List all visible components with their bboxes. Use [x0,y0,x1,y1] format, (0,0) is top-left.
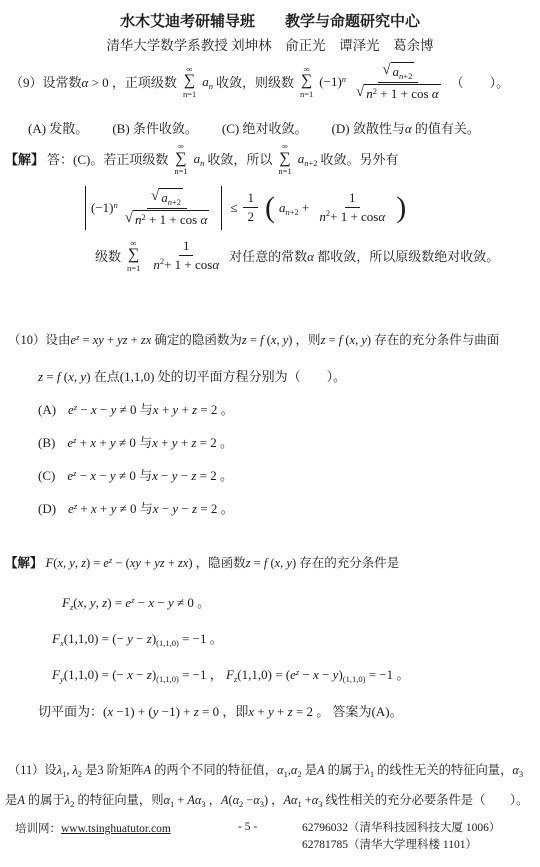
sigma-icon: ∑ [175,151,186,168]
q10-option-d: (D)ez + x + y ≠ 0 与x − y − z = 2 。 [38,498,234,517]
q9-sol-text-1: 答：(C)。若正项级数 [47,149,168,168]
sqrt-expression: √ an+2 [151,188,183,207]
option-label: (C) [38,468,55,483]
phone-line-2: 62781785（清华大学理科楼 1101） [302,839,477,851]
numerator: 1 [345,190,360,208]
question-11-stem-line-1: （11）设λ1, λ2 是3 阶矩阵A 的两个不同的特征值，α1,α2 是A 的… [8,760,523,779]
q9-sol-term-2: an+2 [298,151,318,168]
q9-stem-text-b: 收敛，则级数 [216,72,294,91]
option-text: 发散。 [49,121,88,136]
option-label: (D) [332,121,350,136]
question-9-options: (A) 发散。 (B) 条件收敛。 (C) 绝对收敛。 (D) 敛散性与α 的值… [28,118,480,137]
training-site-group: 培训网：www.tsinghuatutor.com [15,820,171,836]
option-label: (A) [38,402,56,417]
option-text: 条件收敛。 [133,121,198,136]
q10-option-c: (C)ez − x − y ≠ 0 与x − y − z = 2 。 [38,465,233,484]
question-11-stem-line-2: 是A 的属于λ2 的特征向量，则α1 + Aα3 ，A(α2 −α3) ，Aα1… [5,790,528,809]
fz-value: Fz(1,1,0) = (ez − x − y)(1,1,0) = −1 。 [226,667,409,682]
sigma-icon: ∑ [301,73,312,90]
q9-series-term: an [202,74,213,91]
summation-symbol: ∞ ∑ n=1 [278,142,291,176]
denominator: n2 + 1 + cos α [149,256,223,273]
denominator: 2 [243,208,258,225]
radicand: an+2 [391,62,415,81]
q9-sol-text-3: 收敛。另外有 [321,149,399,168]
q10-partial-fy-fz-values: Fy(1,1,0) = (− x − z)(1,1,0) = −1 ， Fz(1… [52,664,409,684]
sum-lower-limit: n=1 [278,167,291,176]
site-link[interactable]: www.tsinghuatutor.com [61,823,171,835]
phone-line-1: 62796032（清华科技园科技大厦 1006） [302,822,500,834]
q9-option-c: (C) 绝对收敛。 [222,118,308,137]
q9-option-d: (D) 敛散性与α 的值有关。 [332,118,480,137]
sqrt-expression: √ an+2 [382,62,414,81]
question-10-stem-line-1: （10）设由ez = xy + yz + zx 确定的隐函数为z = f (x,… [8,330,499,348]
site-label: 培训网： [15,823,61,835]
numerator: 1 [179,238,194,256]
page-number: - 5 - [238,821,257,833]
option-text: ez + x + y ≠ 0 与x + y + z = 2 。 [67,435,233,450]
sum-lower-limit: n=1 [183,90,196,99]
document-page: 水木艾迪考研辅导班 教学与命题研究中心 清华大学数学系教授 刘坤林 俞正光 谭泽… [0,0,540,867]
q10-tangent-plane-line: 切平面为：(x −1) + (y −1) + z = 0 ，即x + y + z… [38,701,403,720]
option-text: ez + x + y ≠ 0 与x − y − z = 2 。 [68,501,234,516]
sum-lower-limit: n=1 [127,264,140,273]
q9-option-b: (B) 条件收敛。 [112,118,198,137]
radicand: n2 + 1 + cos α [133,210,209,228]
q9-sol-term-1: an [194,151,205,168]
option-label: (B) [112,121,129,136]
inner-fraction: 1 n2 + 1 + cos α [315,190,389,225]
radicand: an+2 [159,188,183,207]
sqrt-expression: √ n2 + 1 + cos α [356,84,441,102]
denominator: n2 + 1 + cos α [315,208,389,225]
sqrt-expression: √ n2 + 1 + cos α [125,210,210,228]
inner-term: an+2 + [279,200,309,217]
doc-title: 水木艾迪考研辅导班 教学与命题研究中心 [0,10,540,31]
sum-lower-limit: n=1 [174,167,187,176]
q9-option-a: (A) 发散。 [28,118,88,137]
q9-fraction: √ an+2 √ n2 + 1 + cos α [352,62,445,102]
doc-authors: 清华大学数学系教授 刘坤林 俞正光 谭泽光 葛余博 [0,34,540,54]
summation-symbol: ∞ ∑ n=1 [174,142,187,176]
fy-value: Fy(1,1,0) = (− x − z)(1,1,0) = −1 ， [52,667,223,682]
one-half-fraction: 1 2 [243,190,258,225]
q9-answer-blank: （ ）。 [451,72,510,91]
conclusion-fraction: 1 n2 + 1 + cos α [149,238,223,273]
page-footer: 培训网：www.tsinghuatutor.com - 5 - 62796032… [0,819,540,859]
option-text: 敛散性与α 的值有关。 [353,121,480,136]
sigma-icon: ∑ [184,73,195,90]
solution-tag: 【解】 [5,556,43,570]
radical-icon: √ [382,62,390,79]
alternating-factor: (−1)n [91,200,118,216]
option-text: ez − x − y ≠ 0 与x − y − z = 2 。 [67,468,233,483]
q9-alternating-factor: (−1)n [319,74,346,90]
option-text: ez − x − y ≠ 0 与x + y + z = 2 。 [68,402,234,417]
question-9-solution-line: 【解】 答：(C)。若正项级数 ∞ ∑ n=1 an 收敛，所以 ∞ ∑ n=1… [5,142,399,176]
q10-option-b: (B)ez + x + y ≠ 0 与x + y + z = 2 。 [38,432,233,451]
less-equal-sign: ≤ [230,200,237,216]
q10-option-a: (A)ez − x − y ≠ 0 与x + y + z = 2 。 [38,399,234,418]
answer-text: 答案为(A)。 [333,704,403,719]
question-9-stem: （9）设常数α > 0 ，正项级数 ∞ ∑ n=1 an 收敛，则级数 ∞ ∑ … [10,62,509,102]
summation-symbol: ∞ ∑ n=1 [300,65,313,99]
question-10-solution-line-1: 【解】 F(x, y, z) = ez − (xy + yz + zx) ，隐函… [5,553,399,571]
solution-tag: 【解】 [5,149,44,168]
numerator: 1 [243,190,258,208]
option-label: (A) [28,121,46,136]
q10-partial-fx-value: Fx(1,1,0) = (− y − z)(1,1,0) = −1 。 [52,628,223,648]
question-9-inequality: (−1)n √ an+2 √ n2 + 1 + cos α ≤ 1 [85,186,407,230]
q10-partial-fz-condition: Fz(x, y, z) = ez − x − y ≠ 0 。 [62,592,210,612]
question-9-conclusion: 级数 ∞ ∑ n=1 1 n2 + 1 + cos α 对任意的常数α 都收敛，… [95,238,499,273]
concl-post-text: 对任意的常数α 都收敛，所以原级数绝对收敛。 [229,246,499,265]
radicand: n2 + 1 + cos α [364,84,440,102]
q10-sol-text: F(x, y, z) = ez − (xy + yz + zx) ，隐函数z =… [46,556,400,570]
radical-icon: √ [151,188,159,205]
absolute-value-expression: (−1)n √ an+2 √ n2 + 1 + cos α [85,186,222,230]
sum-lower-limit: n=1 [300,90,313,99]
summation-symbol: ∞ ∑ n=1 [183,65,196,99]
radical-icon: √ [356,84,364,101]
contact-phones: 62796032（清华科技园科技大厦 1006） 62781785（清华大学理科… [302,820,500,855]
summation-symbol: ∞ ∑ n=1 [127,239,140,273]
radical-icon: √ [125,210,133,227]
option-label: (C) [222,121,239,136]
tangent-plane-equation: 切平面为：(x −1) + (y −1) + z = 0 ，即x + y + z… [38,704,329,719]
question-10-stem-line-2: z = f (x, y) 在点(1,1,0) 处的切平面方程分别为（ ）。 [38,366,346,385]
sigma-icon: ∑ [128,247,139,264]
option-text: 绝对收敛。 [243,121,308,136]
q9-stem-text-a: （9）设常数α > 0 ，正项级数 [10,72,177,91]
option-label: (D) [38,501,56,516]
sigma-icon: ∑ [279,151,290,168]
option-label: (B) [38,435,55,450]
fraction: √ an+2 √ n2 + 1 + cos α [121,188,214,228]
concl-pre-text: 级数 [95,246,121,265]
q9-sol-text-2: 收敛，所以 [207,149,272,168]
